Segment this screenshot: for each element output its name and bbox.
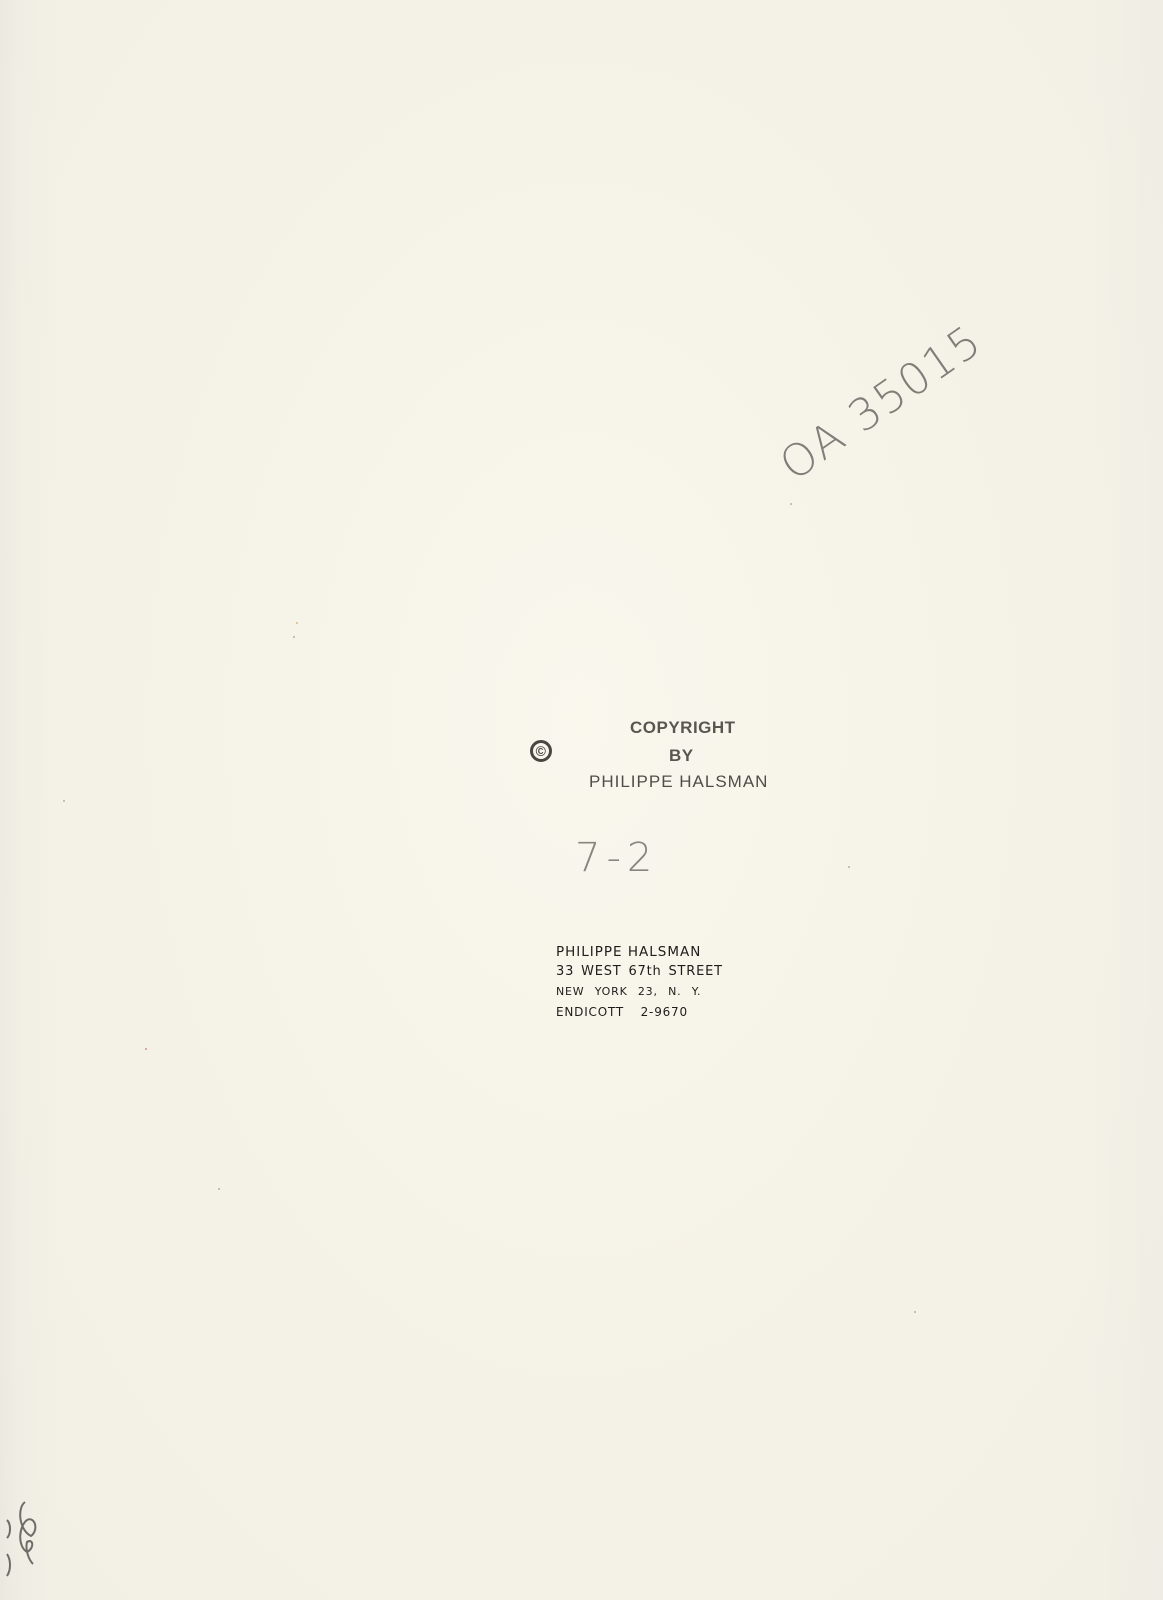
paper-speck [293,636,295,638]
paper-speck [63,800,65,802]
photographer-name: PHILIPPE HALSMAN [556,942,736,962]
copyright-stamp: © COPYRIGHT BY PHILIPPE HALSMAN [530,718,790,798]
copyright-by: BY [669,746,694,766]
paper-speck [848,866,850,868]
copyright-icon: © [530,740,552,762]
copyright-label: COPYRIGHT [630,718,736,738]
copyright-holder: PHILIPPE HALSMAN [589,772,768,792]
paper-speck [145,1048,147,1050]
street-address: 33 WEST 67th STREET [556,962,736,982]
pencil-doodle-icon [5,1490,55,1600]
photo-back-paper [0,0,1163,1600]
paper-speck [296,622,298,624]
paper-speck [218,1188,220,1190]
paper-speck [790,503,792,505]
phone-number: ENDICOTT 2-9670 [556,1002,736,1022]
city-address: NEW YORK 23, N. Y. [556,982,736,1002]
paper-speck [914,1311,916,1313]
address-stamp: PHILIPPE HALSMAN 33 WEST 67th STREET NEW… [556,942,736,1022]
handwritten-negative-number: 7-2 [575,835,658,881]
